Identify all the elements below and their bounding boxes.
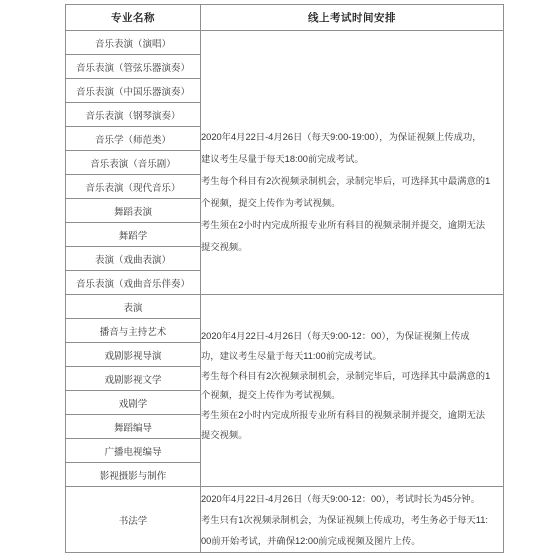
major-cell: 书法学 [66, 487, 201, 553]
schedule-paragraph: 2020年4月22日-4月26日（每天9:00-12：00），为保证视频上传成 … [201, 327, 503, 367]
major-cell: 表演（戏曲表演） [66, 247, 201, 271]
header-schedule-column: 线上考试时间安排 [201, 5, 504, 31]
major-cell: 音乐学（师范类） [66, 127, 201, 151]
schedule-paragraph: 考生每个科目有2次视频录制机会，录制完毕后，可选择其中最满意的1 个视频，提交上… [201, 170, 503, 214]
major-cell: 音乐表演（音乐剧） [66, 151, 201, 175]
major-cell: 播音与主持艺术 [66, 319, 201, 343]
major-cell: 戏剧影视文学 [66, 367, 201, 391]
schedule-cell-group-2: 2020年4月22日-4月26日（每天9:00-12：00），为保证视频上传成 … [201, 295, 504, 487]
schedule-cell-group-1: 2020年4月22日-4月26日（每天9:00-19:00），为保证视频上传成功… [201, 31, 504, 295]
header-major-column: 专业名称 [66, 5, 201, 31]
header-row: 专业名称 线上考试时间安排 [66, 5, 504, 31]
schedule-cell-group-3: 2020年4月22日-4月26日（每天9:00-12：00），考试时长为45分钟… [201, 487, 504, 553]
schedule-paragraph: 2020年4月22日-4月26日（每天9:00-12：00），考试时长为45分钟… [201, 489, 503, 510]
major-cell: 音乐表演（钢琴演奏） [66, 103, 201, 127]
exam-schedule-table-container: 专业名称 线上考试时间安排 音乐表演（演唱） 2020年4月22日-4月26日（… [65, 4, 504, 553]
major-cell: 广播电视编导 [66, 439, 201, 463]
major-cell: 表演 [66, 295, 201, 319]
page: 专业名称 线上考试时间安排 音乐表演（演唱） 2020年4月22日-4月26日（… [0, 0, 550, 556]
major-cell: 舞蹈编导 [66, 415, 201, 439]
schedule-paragraph: 考生只有1次视频录制机会，为保证视频上传成功，考生务必于每天11: 00前开始考… [201, 510, 503, 552]
major-cell: 戏剧学 [66, 391, 201, 415]
major-cell: 音乐表演（管弦乐器演奏） [66, 55, 201, 79]
major-cell: 音乐表演（演唱） [66, 31, 201, 55]
table-row: 音乐表演（演唱） 2020年4月22日-4月26日（每天9:00-19:00），… [66, 31, 504, 55]
schedule-paragraph: 2020年4月22日-4月26日（每天9:00-19:00），为保证视频上传成功… [201, 126, 503, 170]
table-row: 表演 2020年4月22日-4月26日（每天9:00-12：00），为保证视频上… [66, 295, 504, 319]
exam-schedule-table: 专业名称 线上考试时间安排 音乐表演（演唱） 2020年4月22日-4月26日（… [65, 4, 504, 553]
schedule-paragraph: 考生须在2小时内完成所报专业所有科目的视频录制并提交，逾期无法 提交视频。 [201, 214, 503, 258]
major-cell: 舞蹈表演 [66, 199, 201, 223]
major-cell: 音乐表演（中国乐器演奏） [66, 79, 201, 103]
schedule-paragraph: 考生每个科目有2次视频录制机会，录制完毕后，可选择其中最满意的1 个视频，提交上… [201, 367, 503, 407]
major-cell: 戏剧影视导演 [66, 343, 201, 367]
major-cell: 音乐表演（现代音乐） [66, 175, 201, 199]
schedule-paragraph: 考生须在2小时内完成所报专业所有科目的视频录制并提交，逾期无法 提交视频。 [201, 406, 503, 446]
major-cell: 音乐表演（戏曲音乐伴奏） [66, 271, 201, 295]
table-row: 书法学 2020年4月22日-4月26日（每天9:00-12：00），考试时长为… [66, 487, 504, 553]
major-cell: 影视摄影与制作 [66, 463, 201, 487]
major-cell: 舞蹈学 [66, 223, 201, 247]
